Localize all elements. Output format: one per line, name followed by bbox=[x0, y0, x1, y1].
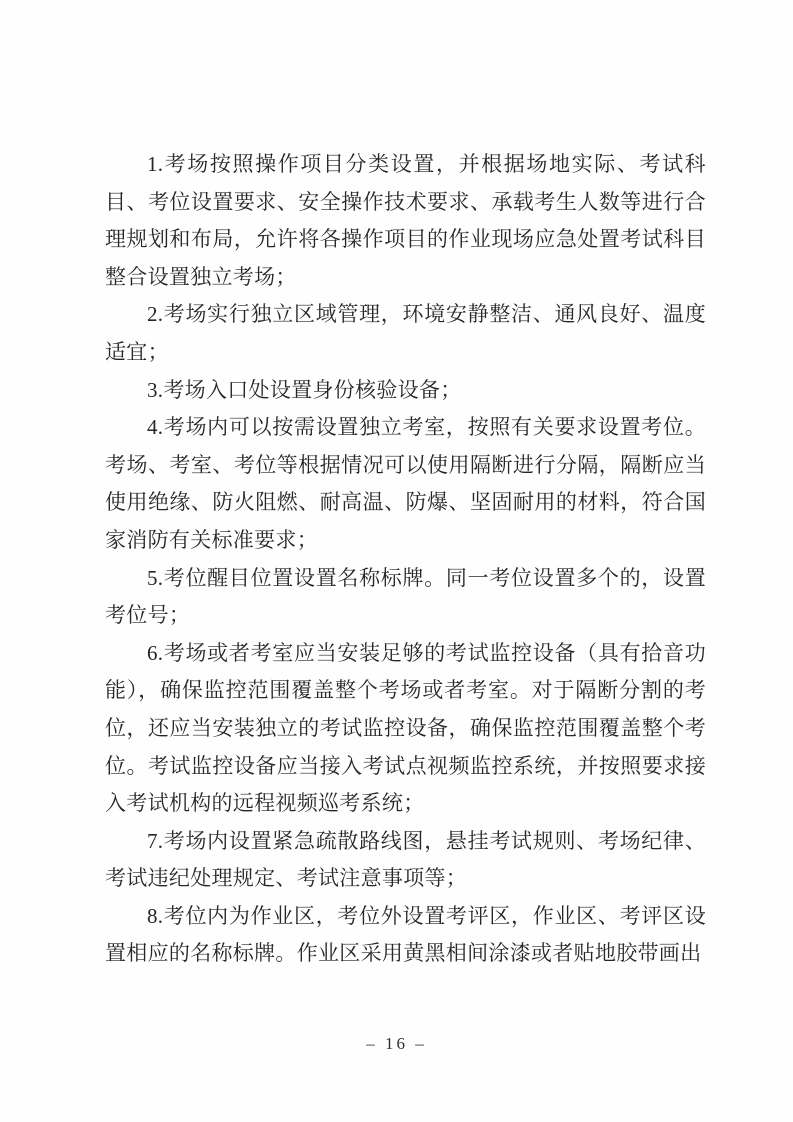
paragraph-3: 3.考场入口处设置身份核验设备； bbox=[105, 372, 706, 410]
paragraph-1: 1.考场按照操作项目分类设置，并根据场地实际、考试科目、考位设置要求、安全操作技… bbox=[105, 146, 706, 296]
paragraph-6: 6.考场或者考室应当安装足够的考试监控设备（具有拾音功能），确保监控范围覆盖整个… bbox=[105, 635, 706, 823]
paragraph-8: 8.考位内为作业区，考位外设置考评区，作业区、考评区设置相应的名称标牌。作业区采… bbox=[105, 898, 706, 973]
page-number: – 16 – bbox=[366, 1034, 427, 1053]
document-body: 1.考场按照操作项目分类设置，并根据场地实际、考试科目、考位设置要求、安全操作技… bbox=[105, 146, 706, 973]
paragraph-4: 4.考场内可以按需设置独立考室，按照有关要求设置考位。考场、考室、考位等根据情况… bbox=[105, 409, 706, 559]
paragraph-5: 5.考位醒目位置设置名称标牌。同一考位设置多个的，设置考位号； bbox=[105, 560, 706, 635]
paragraph-7: 7.考场内设置紧急疏散路线图，悬挂考试规则、考场纪律、考试违纪处理规定、考试注意… bbox=[105, 823, 706, 898]
document-page: 1.考场按照操作项目分类设置，并根据场地实际、考试科目、考位设置要求、安全操作技… bbox=[0, 0, 793, 1122]
paragraph-2: 2.考场实行独立区域管理，环境安静整洁、通风良好、温度适宜； bbox=[105, 296, 706, 371]
page-footer: – 16 – bbox=[0, 1034, 793, 1054]
